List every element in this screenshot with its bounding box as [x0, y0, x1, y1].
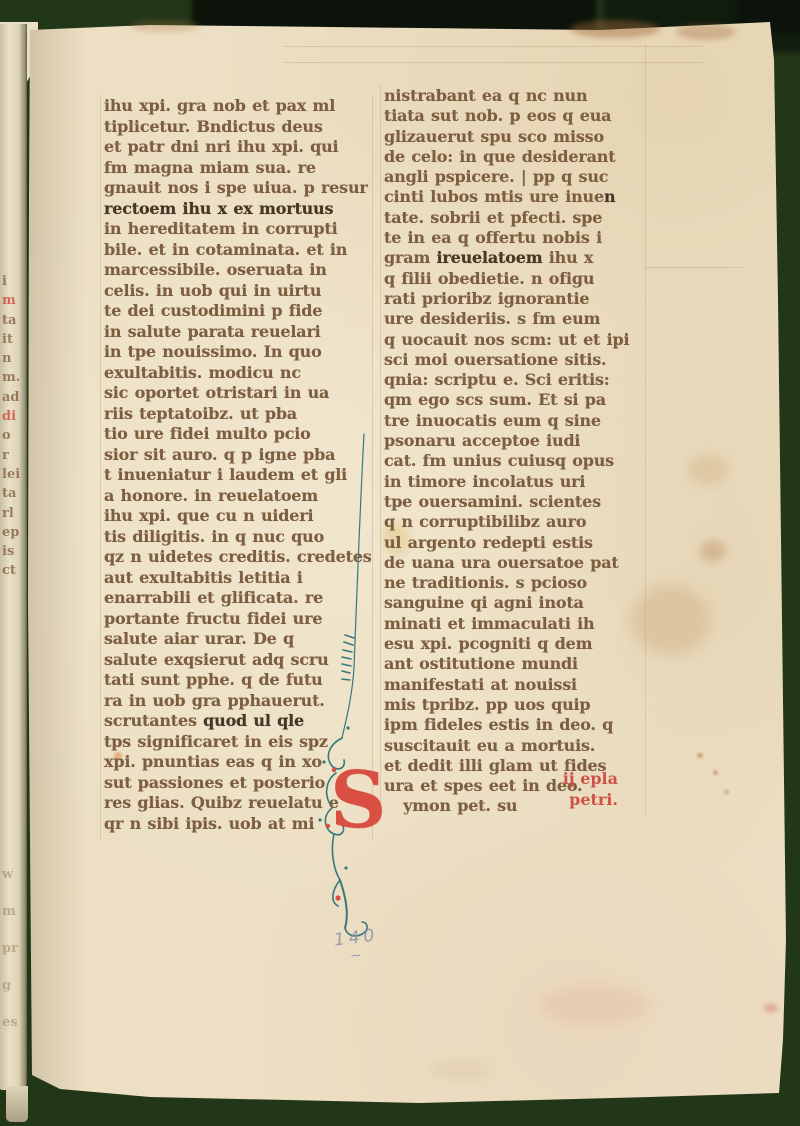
stain	[764, 1003, 778, 1013]
text-line: m	[2, 893, 20, 930]
text-line: de uana ura ouersatoe pat	[384, 553, 650, 573]
text-line: g	[2, 967, 20, 1004]
text-line: sic oportet otristari in ua	[104, 383, 380, 404]
text-line: te dei custodimini p fide	[104, 301, 380, 322]
text-line: te in ea q offertu nobis i	[384, 228, 650, 248]
text-line: nistrabant ea q nc nun	[384, 86, 650, 106]
text-line: i	[2, 272, 20, 291]
text-line: ant ostitutione mundi	[384, 654, 650, 674]
text-line: gnauit nos i spe uiua. p resur	[104, 178, 380, 199]
text-line: ul argento redepti estis	[384, 533, 650, 553]
text-line: n	[2, 349, 20, 368]
text-line: psonaru acceptoe iudi	[384, 431, 650, 451]
text-line: sci moi ouersatione sitis.	[384, 350, 650, 370]
text-line: bile. et in cotaminata. et in	[104, 240, 380, 261]
text-line: manifestati at nouissi	[384, 675, 650, 695]
text-line: tate. sobrii et pfecti. spe	[384, 208, 650, 228]
stain	[130, 20, 200, 32]
text-line: w	[2, 856, 20, 893]
text-line: o	[2, 426, 20, 445]
text-line: rl	[2, 504, 20, 523]
stain	[570, 20, 660, 38]
text-line: ne traditionis. s pcioso	[384, 573, 650, 593]
text-line: it	[2, 330, 20, 349]
text-line: ad	[2, 388, 20, 407]
text-line: ta	[2, 484, 20, 503]
text-line: in tpe nouissimo. In quo	[104, 342, 380, 363]
text-line: in salute parata reuelari	[104, 322, 380, 343]
text-line: glizauerut spu sco misso	[384, 127, 650, 147]
facing-page-text-sliver: imtaitnm.addiorleitarlepisct	[2, 272, 20, 581]
text-line: ipm fideles estis in deo. q	[384, 715, 650, 735]
text-line: q n corruptibilibz auro	[384, 512, 650, 532]
rubric-line-2: petri.	[540, 789, 618, 810]
text-line: rectoem ihu x ex mortuus	[104, 199, 380, 220]
text-line: q filii obedietie. n ofigu	[384, 269, 650, 289]
text-line: celis. in uob qui in uirtu	[104, 281, 380, 302]
pen-flourish-icon	[312, 428, 412, 943]
text-line: minati et immaculati ih	[384, 614, 650, 634]
text-line: q uocauit nos scm: ut et ipi	[384, 330, 650, 350]
text-line: ure desideriis. s fm eum	[384, 309, 650, 329]
text-line: m	[2, 291, 20, 310]
text-line: tiata sut nob. p eos q eua	[384, 106, 650, 126]
ruling-line-vertical	[100, 95, 101, 840]
stain	[430, 1060, 490, 1080]
text-line: rati prioribz ignorantie	[384, 289, 650, 309]
stain	[676, 24, 736, 40]
text-line: pr	[2, 930, 20, 967]
text-column-2: nistrabant ea q nc nuntiata sut nob. p e…	[384, 86, 650, 817]
text-line: m.	[2, 368, 20, 387]
text-line: mis tpribz. pp uos quip	[384, 695, 650, 715]
text-line: qm ego scs sum. Et si pa	[384, 390, 650, 410]
text-line: ta	[2, 311, 20, 330]
text-line: ihu xpi. gra nob et pax ml	[104, 96, 380, 117]
text-line: tre inuocatis eum q sine	[384, 411, 650, 431]
rubric-incipit: ij epla petri.	[540, 768, 618, 810]
stain-speckle	[713, 770, 718, 775]
text-line: marcessibile. oseruata in	[104, 260, 380, 281]
text-line: tiplicetur. Bndictus deus	[104, 117, 380, 138]
text-line: sanguine qi agni inota	[384, 593, 650, 613]
illuminated-initial: S	[330, 764, 386, 838]
text-line: es	[2, 1004, 20, 1041]
text-line: riis teptatoibz. ut pba	[104, 404, 380, 425]
text-line: tpe ouersamini. scientes	[384, 492, 650, 512]
text-line: ep	[2, 523, 20, 542]
text-line: in timore incolatus uri	[384, 472, 650, 492]
stain	[700, 540, 726, 562]
text-line: is	[2, 542, 20, 561]
text-line: qnia: scriptu e. Sci eritis:	[384, 370, 650, 390]
text-line: de celo: in que desiderant	[384, 147, 650, 167]
text-line: cinti lubos mtis ure inuen	[384, 187, 650, 207]
text-line: ct	[2, 561, 20, 580]
rubric-line-1: ij epla	[540, 768, 618, 789]
text-line: di	[2, 407, 20, 426]
stain-speckle	[697, 753, 703, 758]
stain	[688, 455, 728, 485]
ruling-line-horizontal	[283, 46, 703, 47]
text-line: in hereditatem in corrupti	[104, 219, 380, 240]
text-line: exultabitis. modicu nc	[104, 363, 380, 384]
stain	[540, 985, 650, 1025]
manuscript-photo: { "manuscript": { "folio_number": "140",…	[0, 0, 800, 1126]
text-line: suscitauit eu a mortuis.	[384, 736, 650, 756]
folio-number-mark: ~	[349, 947, 363, 964]
text-line: et patr dni nri ihu xpi. qui	[104, 137, 380, 158]
stain-speckle	[724, 790, 729, 794]
facing-page-text-sliver-lower: wmprges	[2, 856, 20, 1041]
text-line: cat. fm unius cuiusq opus	[384, 451, 650, 471]
text-line: esu xpi. pcogniti q dem	[384, 634, 650, 654]
ruling-line-horizontal	[645, 267, 745, 268]
page-stack-edge-bottom	[6, 1086, 28, 1122]
text-line: r	[2, 446, 20, 465]
text-line: lei	[2, 465, 20, 484]
text-line: gram ireuelatoem ihu x	[384, 248, 650, 268]
ruling-line-horizontal	[283, 62, 703, 63]
text-line: fm magna miam sua. re	[104, 158, 380, 179]
text-line: angli pspicere. | pp q suc	[384, 167, 650, 187]
